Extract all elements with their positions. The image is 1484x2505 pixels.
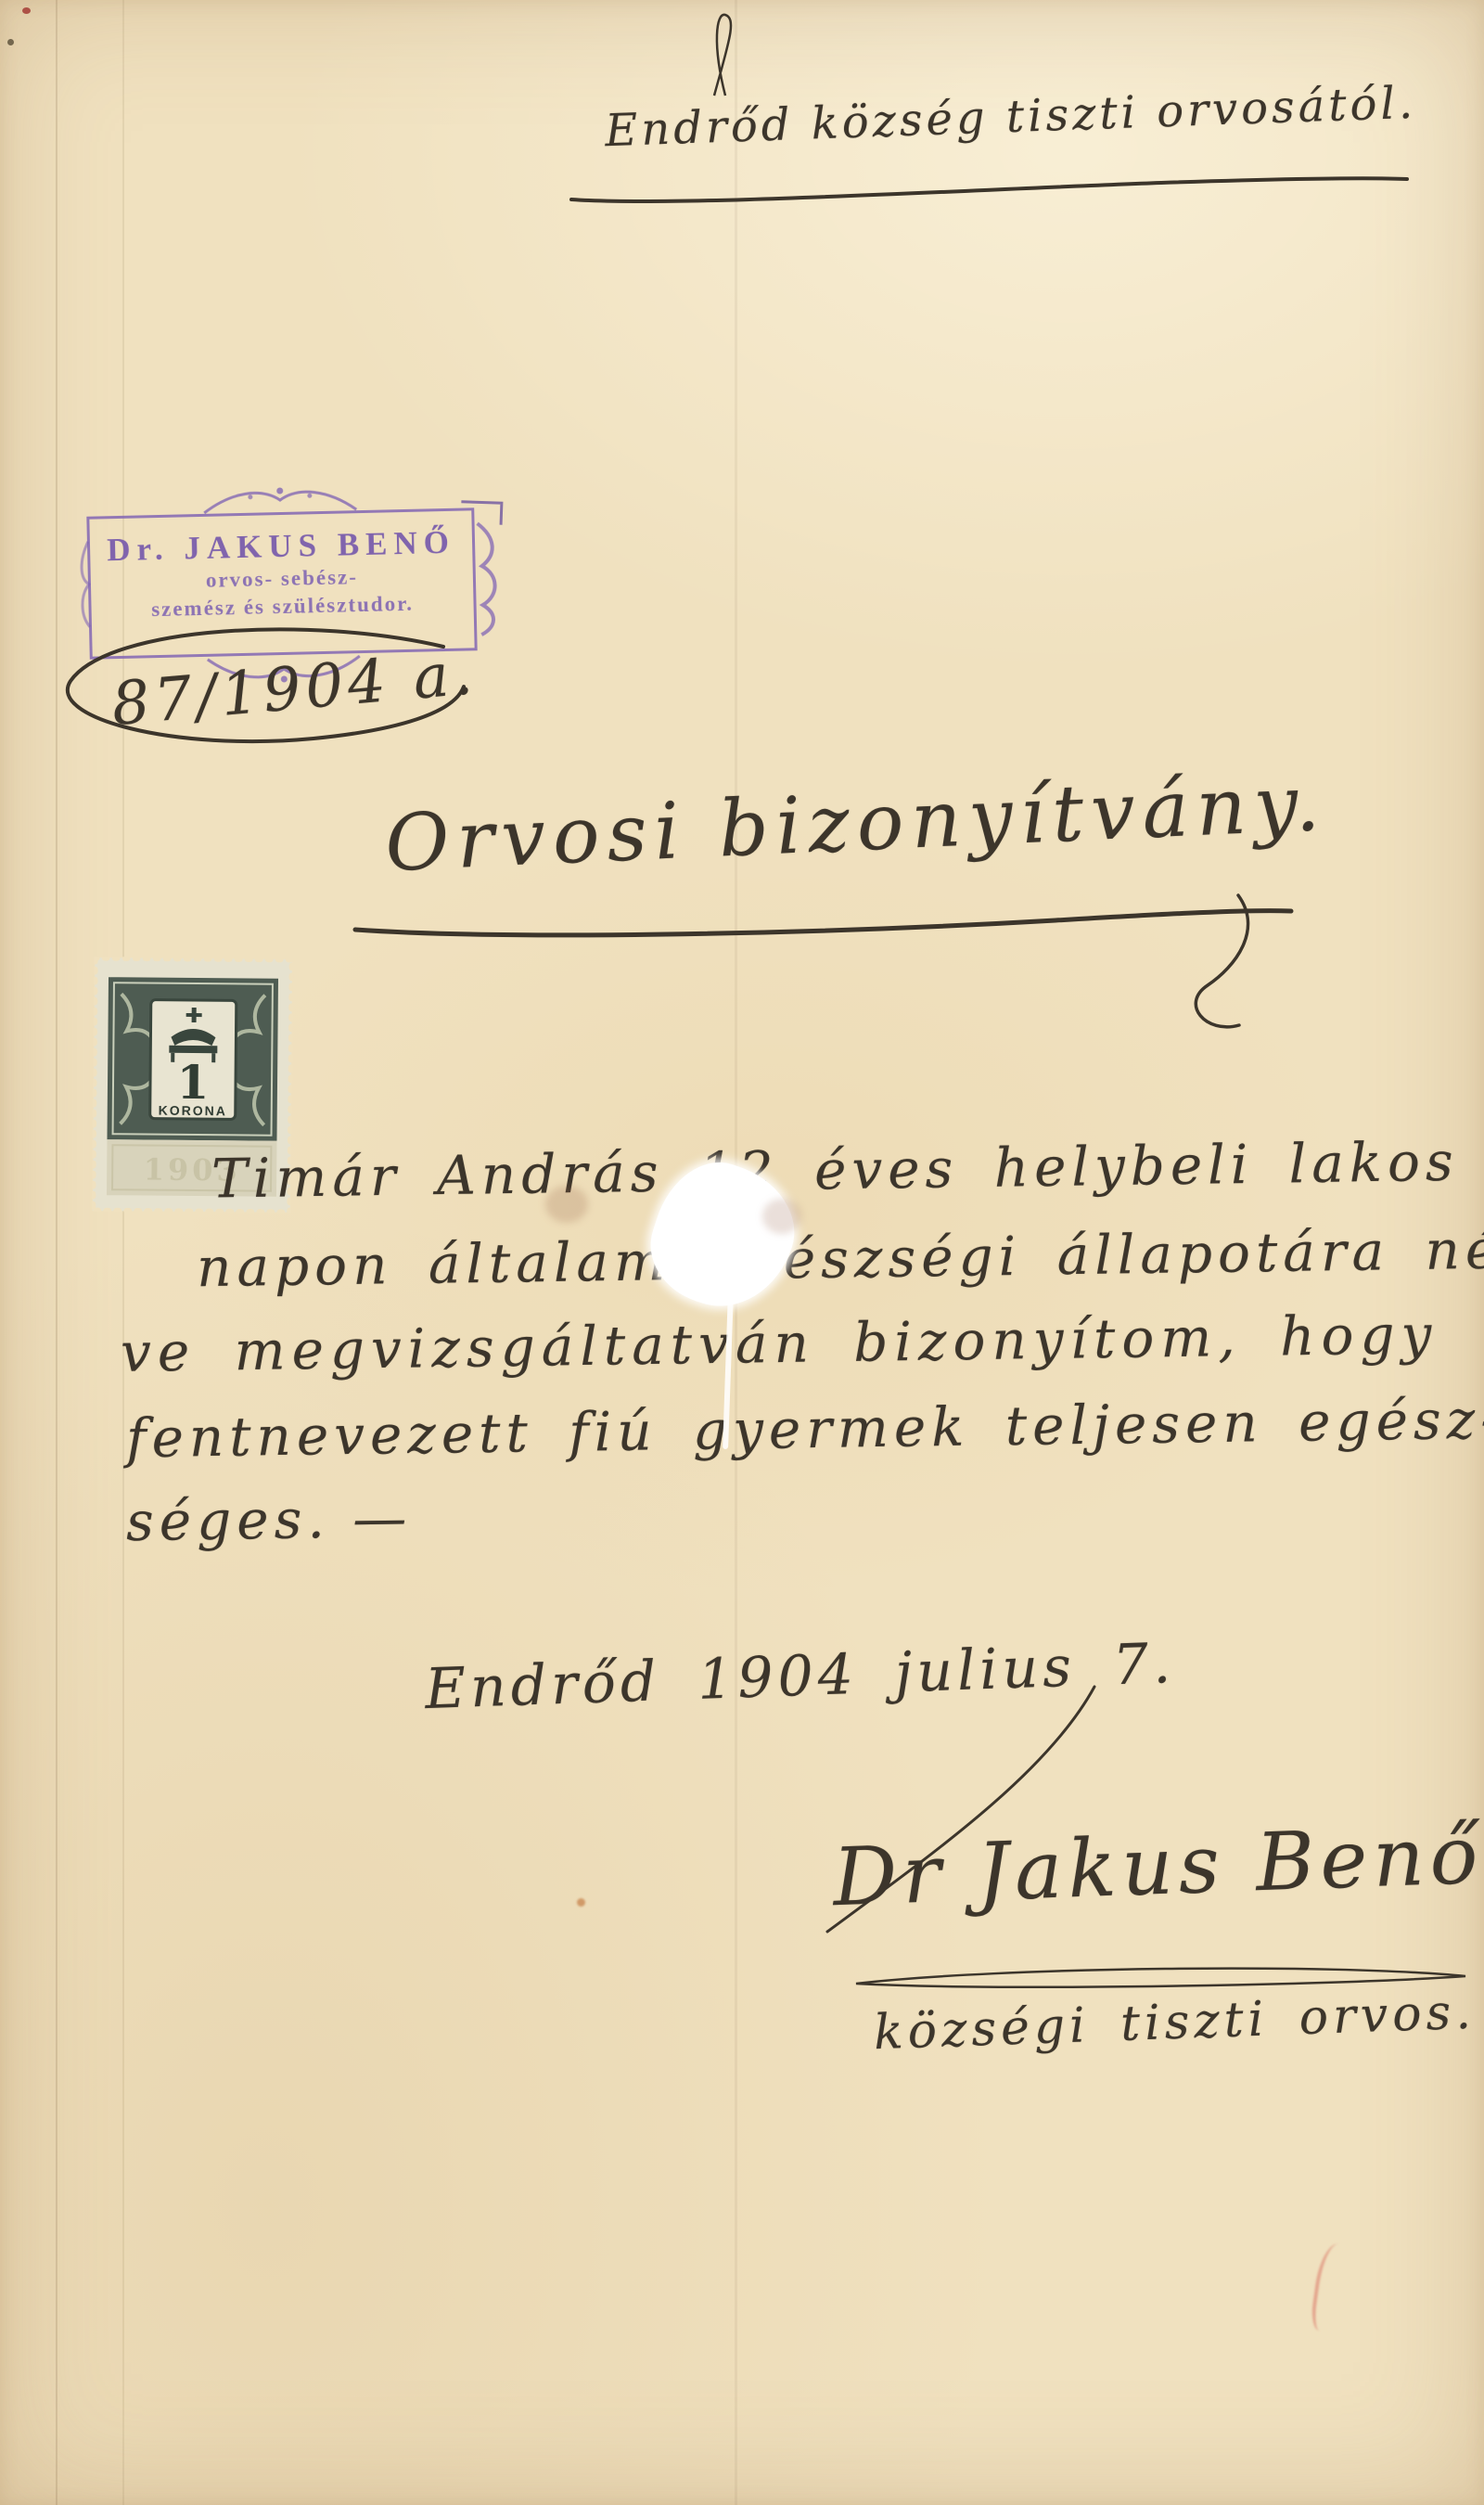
revenue-stamp-denomination: 1 bbox=[176, 1055, 209, 1110]
dark-speck-left-edge bbox=[7, 39, 14, 45]
stamp-corner-mark bbox=[461, 500, 504, 525]
foxing-spot-left bbox=[545, 1186, 588, 1223]
title-tail-flourish bbox=[1150, 891, 1308, 1048]
fold-crease-left-outer bbox=[56, 0, 58, 2505]
header-ascender-flourish bbox=[686, 7, 798, 100]
stamp-top-ornament-icon bbox=[197, 482, 365, 517]
revenue-stamp-currency: KORONA bbox=[159, 1103, 227, 1119]
stamp-right-ornament-icon bbox=[471, 518, 502, 639]
body-line-3: ve megvizsgáltatván bizonyítom, hogy bbox=[121, 1303, 1439, 1384]
document-title: Orvosi bizonyítvány. bbox=[383, 757, 1328, 889]
body-line-5: séges. — bbox=[126, 1486, 413, 1553]
body-line-4: fentnevezett fiú gyermek teljesen egész- bbox=[126, 1388, 1484, 1471]
body-line-2: napon általam egészségi állapotára néz- bbox=[197, 1217, 1484, 1300]
foxing-spot-right bbox=[762, 1199, 801, 1234]
reference-oval-flourish bbox=[35, 623, 480, 772]
stamp-left-ornament-icon bbox=[77, 538, 92, 631]
rust-speck bbox=[577, 1898, 585, 1907]
document-page: Endrőd község tiszti orvosától. Dr. JAKU… bbox=[0, 0, 1484, 2505]
header-underline bbox=[568, 172, 1412, 209]
fold-crease-left-inner bbox=[122, 0, 124, 2505]
body-line-1: Timár András 12 éves helybeli lakos mai bbox=[211, 1127, 1484, 1210]
red-speck-top-left bbox=[22, 7, 31, 14]
red-pencil-mark bbox=[1310, 2242, 1357, 2334]
